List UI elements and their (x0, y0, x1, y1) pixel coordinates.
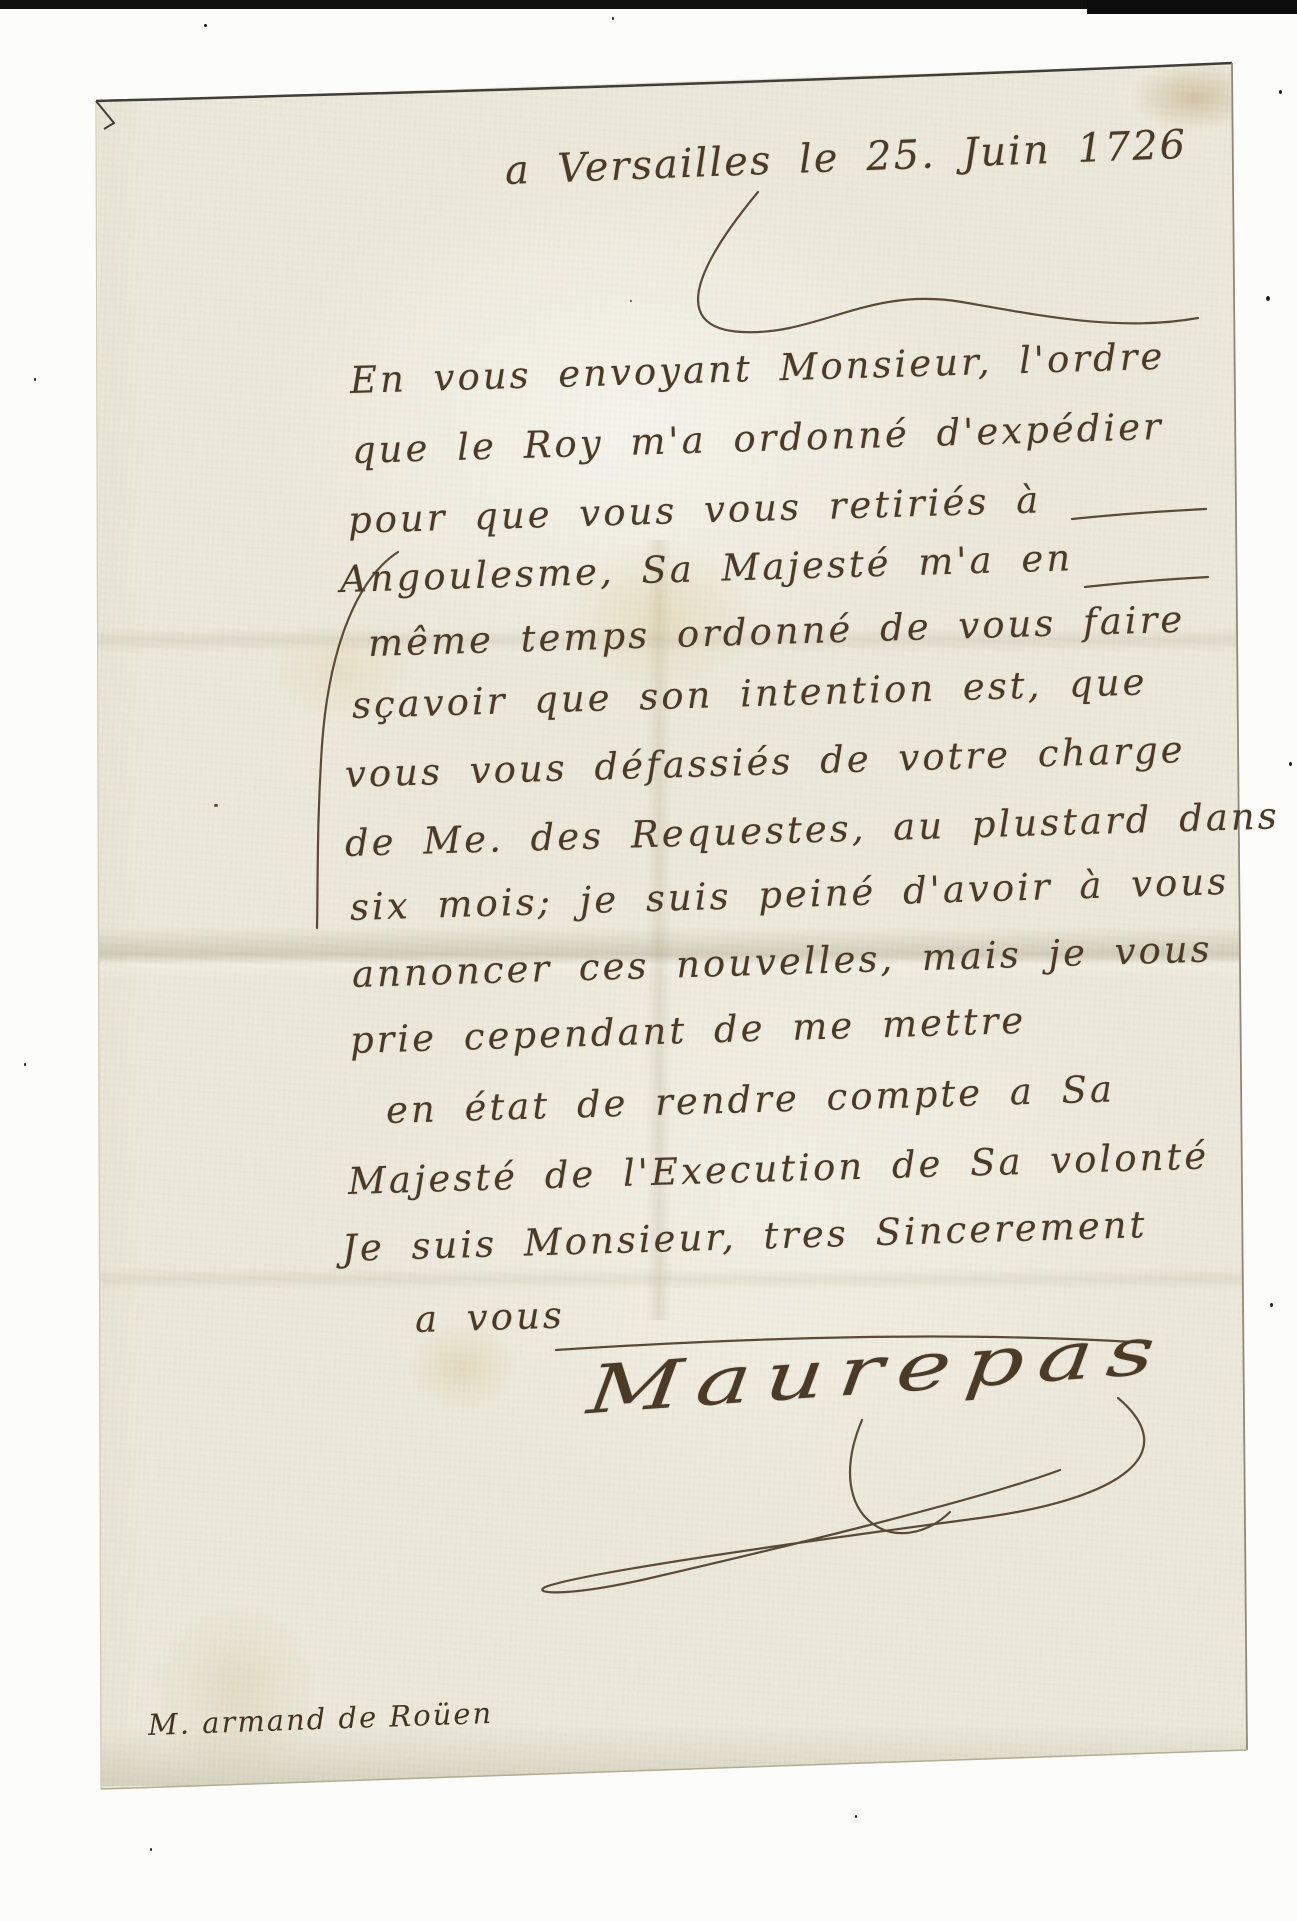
ink-speck (214, 804, 218, 807)
ink-speck (630, 300, 632, 302)
scanner-edge-bar-right (1087, 0, 1297, 14)
dust-speck (150, 1848, 152, 1851)
fold-crease-vertical (646, 540, 672, 1320)
dust-speck (1279, 90, 1282, 94)
dust-speck (34, 378, 36, 381)
fold-crease (0, 1268, 1297, 1290)
dust-speck (24, 1063, 26, 1066)
dust-speck (855, 1815, 857, 1818)
dust-speck (204, 24, 207, 27)
body-line: a vous (414, 1294, 565, 1341)
dust-speck (612, 17, 614, 20)
paper-stain (150, 1600, 320, 1780)
dust-speck (1266, 296, 1270, 301)
scanned-letter-page: a Versailles le 25. Juin 1726 En vous en… (0, 0, 1297, 1921)
dust-speck (1289, 762, 1292, 766)
dust-speck (1270, 1303, 1273, 1307)
paper-stain (1130, 62, 1260, 132)
